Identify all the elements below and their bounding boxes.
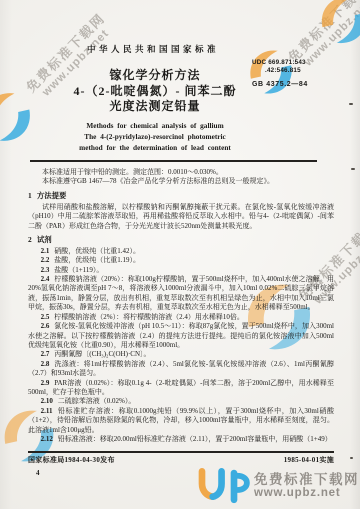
clause-text: 硝酸，优级纯（比重1.42）。	[54, 247, 140, 255]
clause-number: 2	[28, 235, 32, 244]
brand-text: 免费标准下载网 www.upbz.net	[254, 472, 359, 500]
clause-number: 2.10	[41, 397, 53, 405]
udc-line1: UDC 669.871:543	[252, 59, 308, 67]
footer: 国家标准局1984-04-30发布 1985-04-01实施	[28, 455, 334, 465]
brand-site-name: 免费标准下载网	[254, 472, 359, 487]
clause-paragraph: 2.2盐酸，优级纯（比重1.19）。	[28, 256, 334, 265]
upbz-brand-logo: 免费标准下载网 www.upbz.net	[193, 466, 359, 506]
clause-paragraph: 2.5柠檬酸钠溶液（2%）：将柠檬酸钠溶液（2.4）用水稀释10倍。	[28, 313, 334, 322]
paragraph: 本标准遵守GB 1467—78《冶金产品化学分析方法标准的总则及一般规定》。	[28, 177, 334, 186]
clause-text: 二硫腙苯溶液（0.02%）。	[58, 397, 136, 405]
clause-number: 2.4	[41, 275, 50, 283]
clause-paragraph: 2.12铅标准溶液：移取20.00ml铅标准贮存溶液（2.11），置于200ml…	[28, 435, 334, 444]
clause-text: 铅标准贮存溶液：称取0.1000g纯铅（99.9%以上），置于300ml烧杯中，…	[28, 407, 334, 434]
document-title-en: Methods for chemical analysis of gallium…	[30, 120, 280, 153]
clause-number: 2.9	[41, 379, 50, 387]
clause-paragraph: 2.4柠檬酸钠溶液（20%）：称取100g柠檬酸钠，置于500ml烧杯中，加入4…	[28, 275, 334, 313]
clause-number: 2.6	[41, 322, 50, 330]
title-en-line3: method for the determination of lead con…	[30, 142, 280, 153]
clause-number: 1	[28, 191, 32, 200]
clause-number: 2.12	[41, 435, 53, 443]
issued-date: 国家标准局1984-04-30发布	[28, 455, 115, 465]
document-title-zh: 镓化学分析方法 4-（2-吡啶偶氮）- 间苯二酚 光度法测定铅量	[38, 68, 272, 115]
clause-text: 丙酮氰醇〔(CH₃)₂C(OH)·CN〕。	[54, 350, 150, 358]
clause-text: 柠檬酸钠溶液（20%）：称取100g柠檬酸钠，置于500ml烧杯中，加入400m…	[28, 275, 334, 311]
paragraph: 试样用硝酸和盐酸溶解，以柠檬酸钠和丙酮氰醇掩蔽干扰元素。在氯化铵-氢氧化铵缓冲溶…	[28, 203, 334, 231]
clause-paragraph: 2.11铅标准贮存溶液：称取0.1000g纯铅（99.9%以上），置于300ml…	[28, 407, 334, 435]
title-zh-line3: 光度法测定铅量	[38, 99, 272, 115]
upbz-swirl-logo-icon	[314, 0, 360, 50]
clause-paragraph: 2.10二硫腙苯溶液（0.02%）。	[28, 397, 334, 406]
clause-number: 2.11	[41, 407, 53, 415]
clause-paragraph: 2.8洗涤液：将1ml柠檬酸钠溶液（2.4）、5ml氯化铵-氢氧化铵缓冲溶液（2…	[28, 360, 334, 379]
clause-paragraph: 2.7丙酮氰醇〔(CH₃)₂C(OH)·CN〕。	[28, 350, 334, 359]
clause-number: 2.3	[41, 266, 50, 274]
section-heading: 2试剂	[28, 235, 334, 244]
scan-speck	[349, 103, 353, 105]
title-en-line1: Methods for chemical analysis of gallium	[30, 120, 280, 131]
clause-number: 2.2	[41, 256, 50, 264]
clause-paragraph: 2.6氯化铵-氢氧化铵缓冲溶液（pH 10.5～11）：称取87g氯化铵，置于5…	[28, 322, 334, 350]
title-en-line2: The 4-(2-pyridylazo)-resorcinol photomet…	[30, 131, 280, 142]
clause-text: 氯化铵-氢氧化铵缓冲溶液（pH 10.5～11）：称取87g氯化铵，置于500m…	[28, 322, 334, 349]
clause-text: 盐酸（1+119）。	[54, 266, 103, 274]
implemented-date: 1985-04-01实施	[284, 455, 334, 465]
title-divider-rule	[30, 160, 317, 162]
clause-text: PAR溶液（0.02%）：称取0.1g 4-（2-吡啶偶氮）-间苯二酚，溶于20…	[28, 379, 334, 396]
clause-text: 柠檬酸钠溶液（2%）：将柠檬酸钠溶液（2.4）用水稀释10倍。	[54, 313, 244, 321]
title-zh-line1: 镓化学分析方法	[38, 68, 272, 84]
footer-divider-rule	[28, 451, 334, 453]
clause-text: 试剂	[37, 235, 52, 244]
document-page: 免费标准下载网 www.upbz.net 免费标准下载网 www.upbz.ne…	[0, 0, 360, 509]
brand-site-url: www.upbz.net	[254, 487, 359, 500]
clause-text: 洗涤液：将1ml柠檬酸钠溶液（2.4）、5ml氯化铵-氢氧化铵缓冲溶液（2.6）…	[28, 360, 334, 377]
clause-paragraph: 2.1硝酸，优级纯（比重1.42）。	[28, 247, 334, 256]
section-heading: 1方法提要	[28, 191, 334, 200]
body-content: 本标准适用于镓中铅的测定。测定范围：0.0010～0.030%。本标准遵守GB …	[28, 168, 334, 444]
clause-text: 盐酸，优级纯（比重1.19）。	[54, 256, 140, 264]
national-standard-header: 中华人民共和国国家标准	[22, 43, 284, 55]
clause-paragraph: 2.3盐酸（1+119）。	[28, 266, 334, 275]
clause-number: 2.1	[41, 247, 50, 255]
clause-paragraph: 2.9PAR溶液（0.02%）：称取0.1g 4-（2-吡啶偶氮）-间苯二酚，溶…	[28, 379, 334, 398]
clause-number: 2.7	[41, 350, 50, 358]
scan-speck	[351, 168, 355, 170]
page-number: 4	[36, 469, 40, 477]
clause-number: 2.5	[41, 313, 50, 321]
title-zh-line2: 4-（2-吡啶偶氮）- 间苯二酚	[38, 84, 272, 100]
up-letters-icon	[193, 466, 251, 506]
clause-text: 铅标准溶液：移取20.00ml铅标准贮存溶液（2.11），置于200ml容量瓶中…	[58, 435, 332, 443]
clause-number: 2.8	[41, 360, 50, 368]
clause-text: 方法提要	[37, 191, 67, 200]
scan-speck	[350, 457, 353, 459]
paragraph: 本标准适用于镓中铅的测定。测定范围：0.0010～0.030%。	[28, 168, 334, 177]
